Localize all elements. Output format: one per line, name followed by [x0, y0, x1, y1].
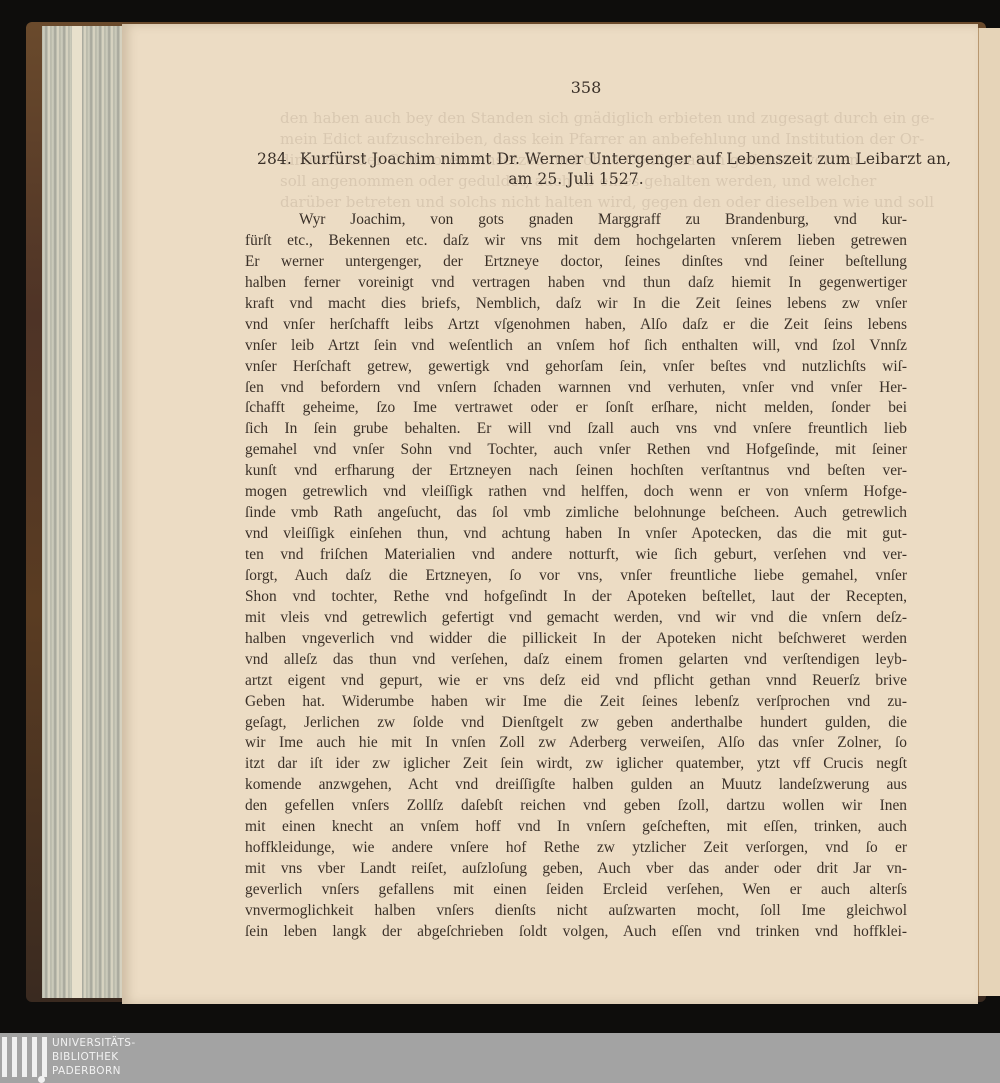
library-footer: UNIVERSITÄTS- BIBLIOTHEK PADERBORN — [0, 1033, 1000, 1083]
body-line: mit vns vber Landt reiſet, auſzloſung ge… — [245, 859, 907, 880]
body-line: ſein leben langk der abgeſchrieben ſoldt… — [245, 922, 907, 943]
body-line: Wyr Joachim, von gots gnaden Marggraff z… — [245, 210, 907, 231]
body-line: Er werner untergenger, der Ertzneye doct… — [245, 252, 907, 273]
page-edges — [42, 26, 124, 998]
library-name-line: BIBLIOTHEK — [52, 1050, 136, 1064]
body-line: den gefellen vnſers Zollſz daſebſt reich… — [245, 796, 907, 817]
body-line: Geben hat. Widerumbe haben wir Ime die Z… — [245, 692, 907, 713]
page-edge-highlight — [72, 26, 82, 998]
body-line: halben ferner voreinigt vnd vertragen ha… — [245, 273, 907, 294]
logo-bar — [42, 1037, 47, 1077]
next-page-edge — [978, 28, 1000, 996]
logo-bar — [32, 1037, 37, 1077]
body-line: vnd vnſer herſchafft leibs Artzt vſgenoh… — [245, 315, 907, 336]
body-line: fürſt etc., Bekennen etc. daſz wir vns m… — [245, 231, 907, 252]
logo-bar — [22, 1037, 27, 1077]
library-logo-icon — [2, 1037, 47, 1081]
page-number: 358 — [265, 75, 907, 105]
body-line: vnd vleiſſigk einſehen thun, vnd achtung… — [245, 524, 907, 545]
body-line: artzt eigent vnd gepurt, wie er vns deſz… — [245, 671, 907, 692]
logo-bar — [12, 1037, 17, 1077]
body-line: vnſer Herſchaft getrew, gewertigk vnd ge… — [245, 357, 907, 378]
library-name-line: PADERBORN — [52, 1064, 136, 1078]
body-line: vnvermoglichkeit halben vnſers dienſts n… — [245, 901, 907, 922]
body-line: kunſt vnd erfharung der Ertzneyen nach ſ… — [245, 461, 907, 482]
body-line: Shon vnd tochter, Rethe vnd hofgeſindt I… — [245, 587, 907, 608]
heading-title: Kurfürst Joachim nimmt Dr. Werner Unterg… — [300, 150, 951, 168]
body-line: vnſer leib Artzt ſein vnd weſentlich an … — [245, 336, 907, 357]
body-line: vnd alleſz das thun vnd verſehen, daſz e… — [245, 650, 907, 671]
heading-line-1: 284.Kurfürst Joachim nimmt Dr. Werner Un… — [257, 149, 907, 169]
logo-dot-icon — [38, 1076, 45, 1083]
heading-date: am 25. Juli 1527. — [245, 169, 907, 189]
body-line: mit einen knecht an vnſem hoff vnd In vn… — [245, 817, 907, 838]
document-number: 284. — [257, 150, 292, 168]
body-line: gemahel vnd vnſer Sohn vnd Tochter, auch… — [245, 440, 907, 461]
scan-background: den haben auch bey den Standen sich gnäd… — [0, 0, 1000, 1033]
library-name: UNIVERSITÄTS- BIBLIOTHEK PADERBORN — [52, 1036, 136, 1078]
body-line: wir Ime auch hie mit In vnſen Zoll zw Ad… — [245, 733, 907, 754]
body-line: komende anzwgehen, Acht vnd dreiſſigſte … — [245, 775, 907, 796]
logo-bar — [2, 1037, 7, 1077]
body-line: ſinde vmb Rath angeſucht, das ſol vmb zi… — [245, 503, 907, 524]
body-line: mit vleis vnd getrewlich gefertigt vnd g… — [245, 608, 907, 629]
body-line: geverlich vnſers gefallens mit einen ſei… — [245, 880, 907, 901]
body-line: ſich In ſein grube behalten. Er will vnd… — [245, 419, 907, 440]
library-name-line: UNIVERSITÄTS- — [52, 1036, 136, 1050]
body-line: kraft vnd macht dies briefs, Nemblich, d… — [245, 294, 907, 315]
document-heading: 284.Kurfürst Joachim nimmt Dr. Werner Un… — [245, 149, 907, 189]
body-line: ſchafft geheime, ſzo Ime vertrawet oder … — [245, 398, 907, 419]
body-line: itzt dar iſt ider zw iglicher Zeit ſein … — [245, 754, 907, 775]
body-line: hoffkleidunge, wie andere vnſere hof Ret… — [245, 838, 907, 859]
body-line: ſen vnd befordern vnd vnſern ſchaden war… — [245, 378, 907, 399]
page-text: 358 284.Kurfürst Joachim nimmt Dr. Werne… — [245, 75, 907, 943]
body-line: halben vngeverlich vnd widder die pillic… — [245, 629, 907, 650]
body-line: ſorgt, Auch daſz die Ertzneyen, ſo vor v… — [245, 566, 907, 587]
body-line: geſagt, Jerlichen zw ſolde vnd Dienſtgel… — [245, 713, 907, 734]
document-body: Wyr Joachim, von gots gnaden Marggraff z… — [245, 210, 907, 943]
body-line: mogen getrewlich vnd vleiſſigk rathen vn… — [245, 482, 907, 503]
body-line: ten vnd friſchen Materialien vnd andere … — [245, 545, 907, 566]
